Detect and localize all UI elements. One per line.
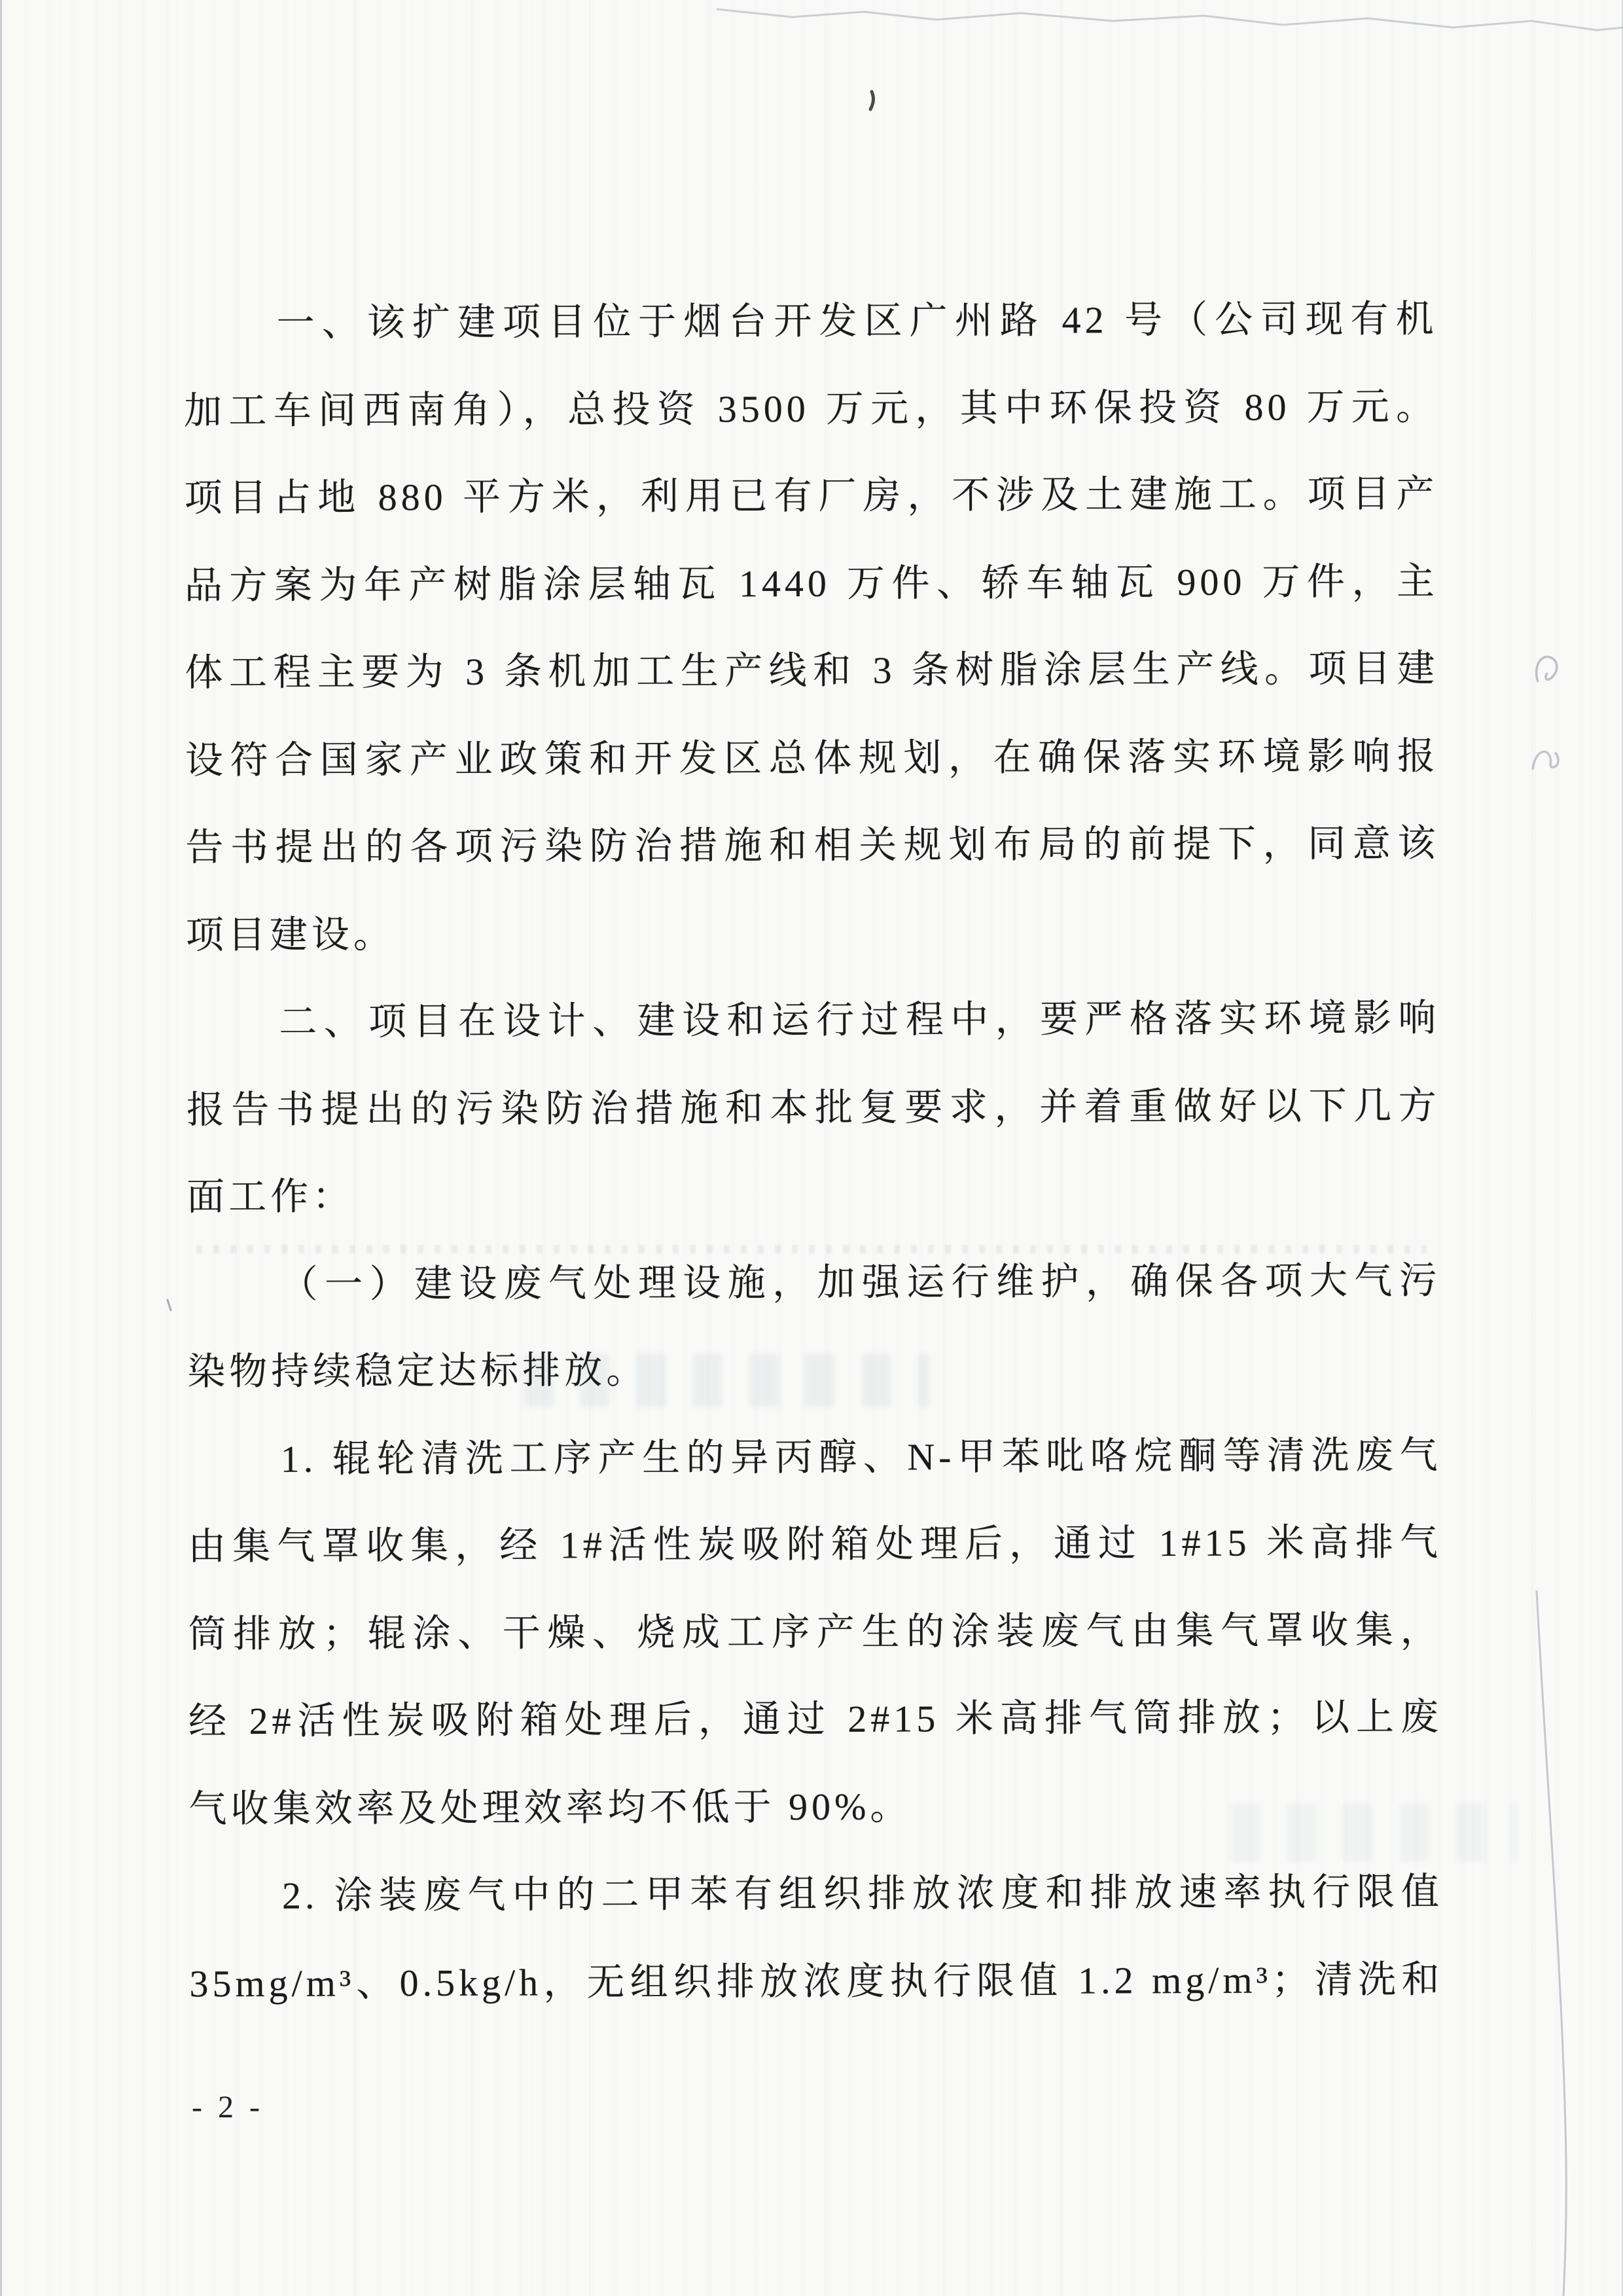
text-line: 告书提出的各项污染防治措施和相关规划布局的前提下，同意该 [185, 800, 1439, 891]
text-line: 经 2#活性炭吸附箱处理后，通过 2#15 米高排气筒排放；以上废 [188, 1674, 1442, 1765]
text-line: 项目建设。 [186, 887, 1440, 978]
text-line: 染物持续稳定达标排放。 [187, 1324, 1441, 1416]
scan-crease-line [717, 9, 1623, 30]
ink-speck [870, 92, 873, 109]
text-line: 2. 涂装废气中的二甲苯有组织排放浓度和排放速率执行限值 [189, 1848, 1443, 1940]
margin-squiggle [1533, 751, 1558, 770]
text-line: 项目占地 880 平方米，利用已有厂房，不涉及土建施工。项目产 [184, 450, 1438, 542]
text-line: 筒排放；辊涂、干燥、烧成工序产生的涂装废气由集气罩收集， [188, 1586, 1442, 1677]
text-line: 一、该扩建项目位于烟台开发区广州路 42 号（公司现有机 [183, 276, 1437, 367]
text-line: 设符合国家产业政策和开发区总体规划，在确保落实环境影响报 [185, 712, 1439, 804]
text-line: 气收集效率及处理效率均不低于 90%。 [188, 1761, 1442, 1852]
margin-squiggle [1537, 656, 1557, 682]
document-body: 一、该扩建项目位于烟台开发区广州路 42 号（公司现有机加工车间西南角），总投资… [183, 276, 1443, 2028]
text-line: 1. 辊轮清洗工序产生的异丙醇、N-甲苯吡咯烷酮等清洗废气 [187, 1411, 1441, 1503]
scan-left-edge-shadow [0, 0, 2, 2296]
text-line: 报告书提出的污染防治措施和本批复要求，并着重做好以下几方 [187, 1062, 1440, 1153]
scan-hairline-arc [1537, 1590, 1566, 2296]
text-line: 二、项目在设计、建设和运行过程中，要严格落实环境影响 [186, 975, 1440, 1066]
ink-speck [168, 1300, 171, 1310]
scanned-document-page: 一、该扩建项目位于烟台开发区广州路 42 号（公司现有机加工车间西南角），总投资… [0, 0, 1623, 2296]
text-line: 品方案为年产树脂涂层轴瓦 1440 万件、轿车轴瓦 900 万件，主 [185, 537, 1438, 629]
text-line: （一）建设废气处理设施，加强运行维护，确保各项大气污 [187, 1236, 1440, 1328]
text-line: 体工程主要为 3 条机加工生产线和 3 条树脂涂层生产线。项目建 [185, 625, 1438, 717]
text-line: 由集气罩收集，经 1#活性炭吸附箱处理后，通过 1#15 米高排气 [188, 1499, 1442, 1590]
text-line: 加工车间西南角），总投资 3500 万元，其中环保投资 80 万元。 [184, 363, 1438, 454]
text-line: 面工作： [187, 1149, 1440, 1241]
page-number: - 2 - [192, 2089, 264, 2125]
text-line: 35mg/m³、0.5kg/h，无组织排放浓度执行限值 1.2 mg/m³；清洗… [189, 1935, 1443, 2027]
